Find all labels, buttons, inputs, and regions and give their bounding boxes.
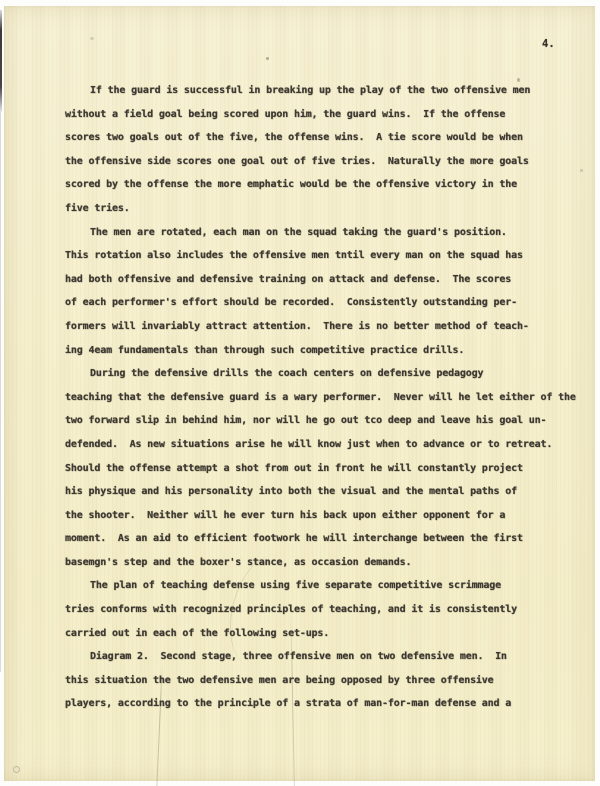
text-line: scores two goals out of the five, the of… <box>65 126 585 150</box>
text-line: If the guard is successful in breaking u… <box>65 79 585 103</box>
text-line: Diagram 2. Second stage, three offensive… <box>65 645 585 669</box>
text-line: players, according to the principle of a… <box>65 692 585 716</box>
text-line: five tries. <box>65 197 585 221</box>
text-line: the shooter. Neither will he ever turn h… <box>65 504 585 528</box>
text-line: The plan of teaching defense using five … <box>65 574 585 598</box>
scanned-page: 4. If the guard is successful in breakin… <box>0 0 600 786</box>
text-line: This rotation also includes the offensiv… <box>65 244 585 268</box>
text-line: During the defensive drills the coach ce… <box>65 362 585 386</box>
text-line: this situation the two defensive men are… <box>65 669 585 693</box>
text-line: basemgn's step and the boxer's stance, a… <box>65 551 585 575</box>
paper-speck <box>13 766 20 773</box>
text-line: carried out in each of the following set… <box>65 622 585 646</box>
typewritten-text-block: If the guard is successful in breaking u… <box>65 79 585 716</box>
text-line: The men are rotated, each man on the squ… <box>65 221 585 245</box>
paper-speck <box>90 37 94 40</box>
paper-speck <box>266 57 269 60</box>
text-line: without a field goal being scored upon h… <box>65 103 585 127</box>
text-line: ing 4eam fundamentals than through such … <box>65 339 585 363</box>
page-number: 4. <box>542 38 555 50</box>
text-line: the offensive side scores one goal out o… <box>65 150 585 174</box>
scan-edge-shadow <box>0 112 1 672</box>
text-line: of each performer's effort should be rec… <box>65 291 585 315</box>
text-line: defended. As new situations arise he wil… <box>65 433 585 457</box>
text-line: moment. As an aid to efficient footwork … <box>65 527 585 551</box>
text-line: had both offensive and defensive trainin… <box>65 268 585 292</box>
text-line: two forward slip in behind him, nor will… <box>65 409 585 433</box>
text-line: teaching that the defensive guard is a w… <box>65 386 585 410</box>
text-line: Should the offense attempt a shot from o… <box>65 457 585 481</box>
scan-edge-shadow <box>0 10 2 112</box>
text-line: tries conforms with recognized principle… <box>65 598 585 622</box>
text-line: formers will invariably attract attentio… <box>65 315 585 339</box>
text-line: his physique and his personality into bo… <box>65 480 585 504</box>
text-line: scored by the offense the more emphatic … <box>65 173 585 197</box>
